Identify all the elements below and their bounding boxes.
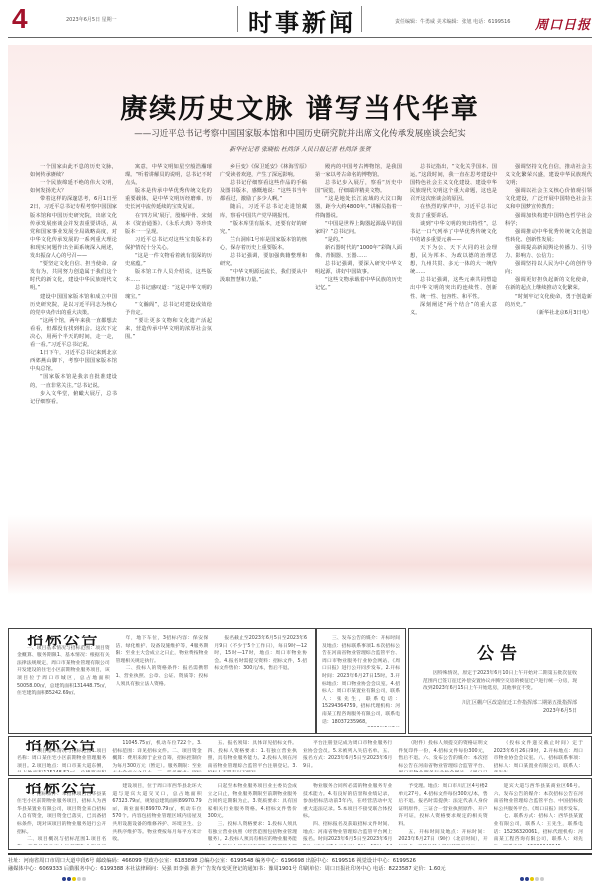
article-column: 寓意，中华文明如星空般浩瀚璀璨。“听着讲解员的说明，总书记不时点头。 版本是传承… [125, 163, 212, 593]
editor-credits: 责任编辑：牛勇威 美术编辑：张旭 电话：6199516 [395, 18, 510, 25]
divider [361, 6, 362, 32]
article-credit: （新华社北京6月3日电） [505, 309, 592, 317]
ad-column: 招标公告 一、项目基本情况与招标范围：项目资金概算、服务期限1、基本情况：根据有… [17, 635, 110, 729]
paragraph: 带着这样的深邃思考，6月1日至2日，习近平总书记专程考察中国国家版本馆和中国历史… [30, 195, 117, 260]
paragraph: 总书记强调，要加强典籍整理和研究。 [220, 252, 307, 268]
paragraph: 七、联系方式：招标人：西华县某置业有限公司，联系人：王先生，联系电话：15236… [494, 813, 583, 845]
ad-date: 2023年6月5日 [322, 726, 400, 727]
paragraph: 五、开标时间及地点：开标时间：2023年6月27日（9时）（北京时间），开标地点… [398, 829, 487, 845]
ad-column: 物业服务合同所必需的物业服务专业技术能力。4.有良好的信誉和业绩记录，参加招标活… [303, 783, 392, 845]
tender-notice-3: 招标公告 一、招标条件：本招标项目西华县某住宅小区前期物业服务项目，招标人为西华… [8, 778, 592, 850]
paragraph: 日起至本物业服务项目业主委员会成立之日止，物业服务期限至前期物业服务合同约定期限… [208, 783, 297, 821]
ad-title: 招标公告 [17, 635, 110, 643]
paragraph: 二、投标人的资格条件：报名需携带1、营业执照、公章、公证、资质等；投标人须具有独… [116, 665, 209, 688]
paragraph: 深刻阐述“两个结合”的重大意义。 [410, 301, 497, 317]
paragraph: 一个国家由此不息的历史文脉，如何传承赓续？ [30, 163, 117, 179]
newspaper-logo: 周口日报 [535, 14, 591, 33]
article-subheadline: ——习近平总书记考察中国国家版本馆和中国历史研究院并出席文化传承发展座谈会纪实 [8, 127, 592, 139]
ad-column: 招标公告 一、招标条件：本招标项目西华县某住宅小区前期物业服务项目，招标人为西华… [17, 783, 106, 845]
divider [237, 6, 238, 32]
paragraph: 建设项目，位于周口市西华县北环大道与迎宾大道交叉口，总占地面积67323.79㎡… [112, 783, 201, 844]
paragraph: 习近平总书记对这些宝贵版本的保护情况十分关心。 [125, 236, 212, 252]
paragraph: 强调更好担负起新的文化使命，在新的起点上继续推动文化繁荣。 [505, 276, 592, 292]
paragraph: 总书记指出，“文化关乎国本、国运。”这段时间，我一直在思考建设中国特色社会主义文… [410, 163, 497, 203]
tender-notice-1: 招标公告 一、项目基本情况与招标范围：项目资金概算、服务期限1、基本情况：根据有… [8, 628, 316, 734]
paragraph: 迎宾大道与西华县某商业区66号。六、发布公告的媒介：本次招标公告在河南省物业管理… [494, 783, 583, 813]
tender-notice-1-tail: 三、发布公告的媒介：开标时间及地点：招标联系事项1.本次招标公告在河南省物业管理… [316, 628, 406, 734]
paragraph: 报名截止至2023年6月5日至2023年6月9日（不少于5个工作日），每日9时—… [214, 635, 307, 673]
page-number: 4 [12, 4, 28, 34]
paragraph: 兰台洞库1号库是国家版本馆的核心，保存着历史上重要版本。 [220, 236, 307, 252]
paragraph: 因特殊情况，原定于2023年6月10日上午开始对二期第五批次征收范围内已签订征迁… [423, 670, 577, 693]
notice-title: 公告 [409, 639, 591, 664]
paragraph: 1日下午，习近平总书记来到北京西郊燕山脚下，考察中国国家版本馆中央总馆。 [30, 349, 117, 373]
ad-title: 招标公告 [17, 740, 106, 748]
ad-column: 年，地下车位，3招标内容：保安保洁、绿化维护、设备设施维护等，4服务期限：至业主… [116, 635, 209, 729]
paragraph: “是的。” [315, 236, 402, 244]
paragraph: 予受理。地点：周口市川汇区4号楼2单元27号。4.招标文件每份300元/本，售后… [398, 783, 487, 829]
paragraph: 五、报名须知：具体详见招标文件。四、投标人资格要求：1.有独立营业执照，具有物业… [208, 740, 297, 772]
paragraph: 11045.75㎡，机动车位722个。3.招标范围：详见招标文件。二、项目资金概… [112, 740, 201, 772]
article-columns: 一个国家由此不息的历史文脉，如何传承赓续？ 一个民族绵延不绝的伟大文明，如何发扬… [30, 163, 592, 593]
notice-body: 因特殊情况，原定于2023年6月10日上午开始对二期第五批次征收范围内已签订征迁… [409, 664, 591, 699]
paragraph: 在‘四方风’展厅，殷墟甲骨、宋刻本《资治通鉴》、《永乐大典》等珍贵版本一一呈现。 [125, 212, 212, 236]
paragraph: 在热烈的掌声中，习近平总书记发表了重要讲话。 [410, 203, 497, 219]
paragraph: 总书记仔细察看这些作品的手稿及图书版本，感慨地说：“这些书当年都看过，激励了多少… [220, 179, 307, 203]
article-column: 乡巨变》《保卫延安》《林海雪原》广受读者欢迎，产生了深远影响。 总书记仔细察看这… [220, 163, 307, 593]
ad-title: 招标公告 [17, 783, 106, 791]
ad-column: （投标文件递交截止时间）定于2023年6月26日9时，2.开标地点：周口市物业协… [494, 740, 583, 772]
masthead: 4 2023年6月5日 星期一 时事新闻 责任编辑：牛勇威 美术编辑：张旭 电话… [0, 0, 600, 40]
paragraph: “这是一件文物看着就有很深的历史底蕴。” [125, 252, 212, 268]
ad-column: 11045.75㎡，机动车位722个。3.招标范围：详见招标文件。二、项目资金概… [112, 740, 201, 772]
paragraph: 建设中国国家版本馆和成立中国历史研究院，是以习近平同志为核心的党中央作出的重大决… [30, 293, 117, 317]
paragraph: 总书记强调，这些元素共同塑造出中华文明的突出的连续性、创新性、统一性、包容性、和… [410, 276, 497, 300]
ad-column: 迎宾大道与西华县某商业区66号。六、发布公告的媒介：本次招标公告在河南省物业管理… [494, 783, 583, 845]
article-column: 一个国家由此不息的历史文脉，如何传承赓续？ 一个民族绵延不绝的伟大文明，如何发扬… [30, 163, 117, 593]
paragraph: 强调坚持以人民为中心的创作导向； [505, 260, 592, 276]
paragraph: “中国是世界上陶器起源最早的国家吗？”总书记问。 [315, 220, 402, 236]
ad-column: 三、发布公告的媒介：开标时间及地点：招标联系事项1.本次招标公告在河南省物业管理… [322, 635, 400, 727]
paragraph: “要坚定文化自信、担当使命、奋发有为，共同努力创造属于我们这个时代的新文化，建设… [30, 260, 117, 292]
paragraph: 强调加快构建中国特色哲学社会科学； [505, 212, 592, 228]
article-column: 总书记指出，“文化关乎国本、国运。”这段时间，我一直在思考建设中国特色社会主义文… [410, 163, 497, 593]
header-rule [8, 37, 592, 38]
paragraph: 殿内的中国考古博物馆，是我国第一家以考古命名的博物馆。 [315, 163, 402, 179]
paragraph: 谈到“中华文明的突出特性”，总书记一口气列举了中华优秀传统文化中的诸多重要元素—… [410, 220, 497, 244]
paragraph: 二、项目概况与招标范围1.项目名称：西华县某住宅小区前期物业服务项目。2.招标范… [17, 836, 106, 845]
ad-column: 予受理。地点：周口市川汇区4号楼2单元27号。4.招标文件每份300元/本，售后… [398, 783, 487, 845]
paragraph: 强调坚持文化自信，推动社会主义文化繁荣兴盛，建设中华民族现代文明； [505, 163, 592, 187]
paragraph: “这是地处长江流域的大汶口陶器，距今大约4800年。”讲解员指着一件陶器说。 [315, 195, 402, 219]
article-byline: 新华社记者 张晓松 杜尚泽 人民日报记者 杜尚泽 张贺 [8, 144, 592, 153]
ad-column: 报名截止至2023年6月5日至2023年6月9日（不少于5个工作日），每日9时—… [214, 635, 307, 729]
paragraph: 一、招标条件：本招标项目西华县某住宅小区前期物业服务项目，招标人为西华县某置业有… [17, 791, 106, 837]
paragraph: 一、项目基本情况与招标范围1.项目名称：周口某住宅小区前期物业管理服务项目。2.… [17, 748, 106, 772]
paragraph: “文瀚阁”，总书记对建设成效给予肯定。 [125, 301, 212, 317]
paragraph: 步入文华堂，俯瞰大展厅，总书记仔细察看。 [30, 390, 117, 406]
ad-column: 建设项目，位于周口市西华县北环大道与迎宾大道交叉口，总占地面积67323.79㎡… [112, 783, 201, 845]
ad-column: 招标公告 一、项目基本情况与招标范围1.项目名称：周口某住宅小区前期物业管理服务… [17, 740, 106, 772]
paragraph: 天下为公、天下大同的社会理想，民为邦本、为政以德的治理思想，九州共贯、多元一体的… [410, 244, 497, 276]
paragraph: 总书记强调，要深入研究中华文明起源，讲好中国故事。 [315, 260, 402, 276]
paragraph: “这些文物承载着中华民族的历史记忆。” [315, 276, 402, 292]
paragraph: “中华文明源远流长，我们要从中汲取智慧和力量。” [220, 268, 307, 284]
paragraph: 寓意，中华文明如星空般浩瀚璀璨。“听着讲解员的说明，总书记不时点头。 [125, 163, 212, 187]
paragraph: 版本是传承中华优秀传统文化的重要载体，是中华文明历经磨难、历史长河中流传延续的宝… [125, 187, 212, 211]
footer-line-1: 社址：河南省周口市周口大道中段6号 邮政编码：466099 党政办公室：6183… [8, 857, 592, 865]
paragraph: 年，地下车位，3招标内容：保安保洁、绿化维护、设备设施维护等，4服务期限：至业主… [116, 635, 209, 665]
issue-date: 2023年6月5日 星期一 [66, 16, 117, 23]
imprint-footer: 社址：河南省周口市周口大道中段6号 邮政编码：466099 党政办公室：6183… [8, 857, 592, 873]
paragraph: （附件）投标人须提交的资格证明文件复印件一份，4.招标文件每份300元，售后不退… [398, 740, 487, 772]
ad-column: 日起至本物业服务项目业主委员会成立之日止，物业服务期限至前期物业服务合同约定期限… [208, 783, 297, 845]
paragraph: 总书记步入展厅，察看“历史中国”展览，仔细端详精美文物。 [315, 179, 402, 195]
notice-signer: 川汇区棚户区改造征迁工作指挥部二期第五批指挥部 [409, 699, 591, 707]
ad-column: 五、报名须知：具体详见招标文件。四、投标人资格要求：1.有独立营业执照，具有物业… [208, 740, 297, 772]
paragraph: 强调提高新闻舆论传播力、引导力、影响力、公信力； [505, 244, 592, 260]
color-registration-marks [62, 877, 87, 883]
paragraph: “要让更多文物和文化遗产活起来，营造传承中华文明的浓厚社会氛围。” [125, 317, 212, 341]
public-notice: 公告 因特殊情况，原定于2023年6月10日上午开始对二期第五批次征收范围内已签… [408, 628, 592, 734]
paragraph: 随后，习近平总书记走进馆藏库，察看中国共产党早期报刊。 [220, 203, 307, 219]
paragraph: 三、投标人资格要求：1.投标人须具有独立营业执照（经营范围包括物业管理服务）。2… [208, 821, 297, 845]
paragraph: 乡巨变》《保卫延安》《林海雪原》广受读者欢迎，产生了深远影响。 [220, 163, 307, 179]
footer-line-2: 融媒体中心：6069333 后勤服务中心：6199388 本社法律顾问：吴强 田… [8, 865, 592, 873]
paragraph: 一、项目基本情况与招标范围：项目资金概算、服务期限1、基本情况：根据有关法律法规… [17, 645, 110, 698]
article-headline: 赓续历史文脉 谱写当代华章 [8, 87, 592, 126]
main-article: 赓续历史文脉 谱写当代华章 ——习近平总书记考察中国国家版本馆和中国历史研究院并… [8, 45, 592, 595]
article-column: 强调坚持文化自信，推动社会主义文化繁荣兴盛，建设中华民族现代文明； 强调以社会主… [505, 163, 592, 593]
tender-notice-2: 招标公告 一、项目基本情况与招标范围1.项目名称：周口某住宅小区前期物业管理服务… [8, 736, 592, 776]
paragraph: 版本馆工作人员介绍说，这些版本…… [125, 268, 212, 284]
paragraph: 强调以社会主义核心价值观引领文化建设，广泛开展中国特色社会主义和中国梦宣传教育； [505, 187, 592, 211]
ad-column: 平台注册登记成为周口市物业服务行业协会会员。5.未被列入失信名单。五、报名方式：… [303, 740, 392, 772]
paragraph: 一个民族绵延不绝的伟大文明，如何发扬光大？ [30, 179, 117, 195]
paragraph: （投标文件递交截止时间）定于2023年6月26日9时，2.开标地点：周口市物业协… [494, 740, 583, 772]
paragraph: 物业服务合同所必需的物业服务专业技术能力。4.有良好的信誉和业绩记录，参加招标活… [303, 783, 392, 821]
paragraph: “国家版本馆是我亲自批准建设的，一直非常关注。”总书记说。 [30, 373, 117, 389]
article-column: 殿内的中国考古博物馆，是我国第一家以考古命名的博物馆。 总书记步入展厅，察看“历… [315, 163, 402, 593]
footer-rule [8, 853, 592, 855]
section-title: 时事新闻 [248, 3, 356, 38]
paragraph: 平台注册登记成为周口市物业服务行业协会会员。5.未被列入失信名单。五、报名方式：… [303, 740, 392, 770]
paragraph: 总书记感叹道：“这是中华文明的瑰宝。” [125, 284, 212, 300]
paragraph: “这两个馆，两年来我一直都想去看看，但都没有找到机会。这次下定决心，用两个半天的… [30, 317, 117, 349]
paragraph: “时刻牢记文化使命，勇于创造新的历史。” [505, 293, 592, 309]
ad-column: （附件）投标人须提交的资格证明文件复印件一份，4.招标文件每份300元，售后不退… [398, 740, 487, 772]
notice-date: 2023年6月5日 [409, 707, 591, 715]
paragraph: 四、招标报名及获取招标文件时间、地点：河南省物业管理综合监管平台网上报名。时间2… [303, 821, 392, 845]
color-registration-marks [520, 877, 545, 883]
paragraph: “版本库里有版本，还要有好的研究。” [220, 220, 307, 236]
paragraph: 新石器时代的“1000年”彩陶人面像、青铜器、玉器…… [315, 244, 402, 260]
paragraph: 三、发布公告的媒介：开标时间及地点：招标联系事项1.本次招标公告在河南省物业管理… [322, 635, 400, 726]
paragraph: 强调推动中华优秀传统文化创造性转化、创新性发展； [505, 228, 592, 244]
